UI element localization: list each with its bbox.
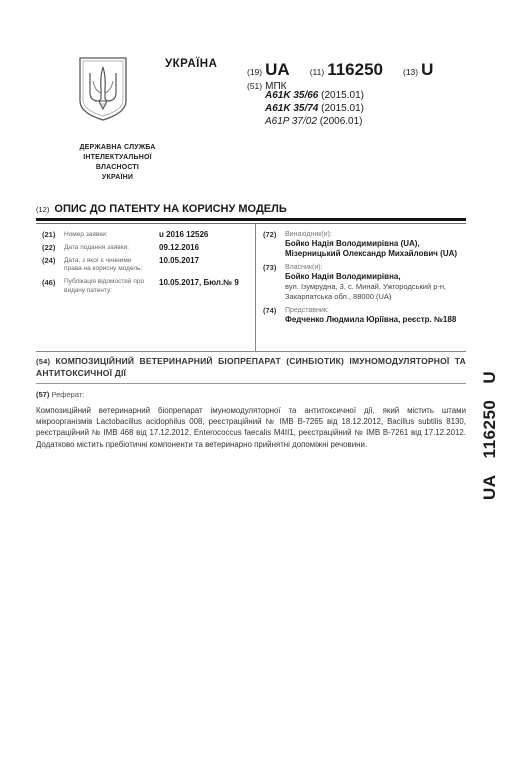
divider [36, 223, 466, 224]
document-title: (12) ОПИС ДО ПАТЕНТУ НА КОРИСНУ МОДЕЛЬ [36, 203, 287, 215]
patent-number: 116250 [327, 60, 383, 80]
biblio-row: (22) Дата подання заявки: 09.12.2016 [42, 243, 252, 252]
owners-section: (73) Власник(и): Бойко Надія Володимирів… [263, 263, 468, 302]
biblio-row: (21) Номер заявки: u 2016 12526 [42, 230, 252, 239]
kind-code: U [421, 60, 433, 80]
agency-name: ДЕРЖАВНА СЛУЖБА ІНТЕЛЕКТУАЛЬНОЇ ВЛАСНОСТ… [30, 143, 205, 183]
country-code: UA [265, 60, 290, 80]
ukraine-trident-coat-of-arms-icon [77, 55, 129, 123]
abstract-label: (57) Реферат: [36, 390, 84, 399]
representative-section: (74) Представник: Федченко Людмила Юріїв… [263, 306, 468, 325]
side-patent-identifier: UA116250U [480, 371, 500, 500]
bibliographic-data-left: (21) Номер заявки: u 2016 12526 (22) Дат… [42, 230, 252, 299]
bibliographic-data-right: (72) Винахідник(и): Бойко Надія Володими… [263, 230, 468, 329]
ipc-classification-list: A61K 35/66 (2015.01) A61K 35/74 (2015.01… [265, 89, 364, 128]
ipc-entry: A61K 35/74 (2015.01) [265, 102, 364, 115]
column-divider [255, 224, 256, 351]
divider [36, 383, 466, 384]
country-name: УКРАЇНА [165, 58, 217, 70]
abstract-text: Композиційний ветеринарний біопрепарат і… [36, 405, 466, 450]
divider [36, 218, 466, 221]
patent-codes: (19) UA (11) 116250 (13) U (51) МПК [247, 60, 433, 92]
biblio-row: (24) Дата, з якої є чинними права на кор… [42, 256, 252, 274]
biblio-row: (46) Публікація відомостей про видачу па… [42, 278, 252, 296]
inventors-section: (72) Винахідник(и): Бойко Надія Володими… [263, 230, 468, 259]
invention-title: (54) КОМПОЗИЦІЙНИЙ ВЕТЕРИНАРНИЙ БІОПРЕПА… [36, 356, 466, 378]
divider [36, 351, 466, 352]
ipc-entry: A61P 37/02 (2006.01) [265, 115, 364, 128]
ipc-entry: A61K 35/66 (2015.01) [265, 89, 364, 102]
